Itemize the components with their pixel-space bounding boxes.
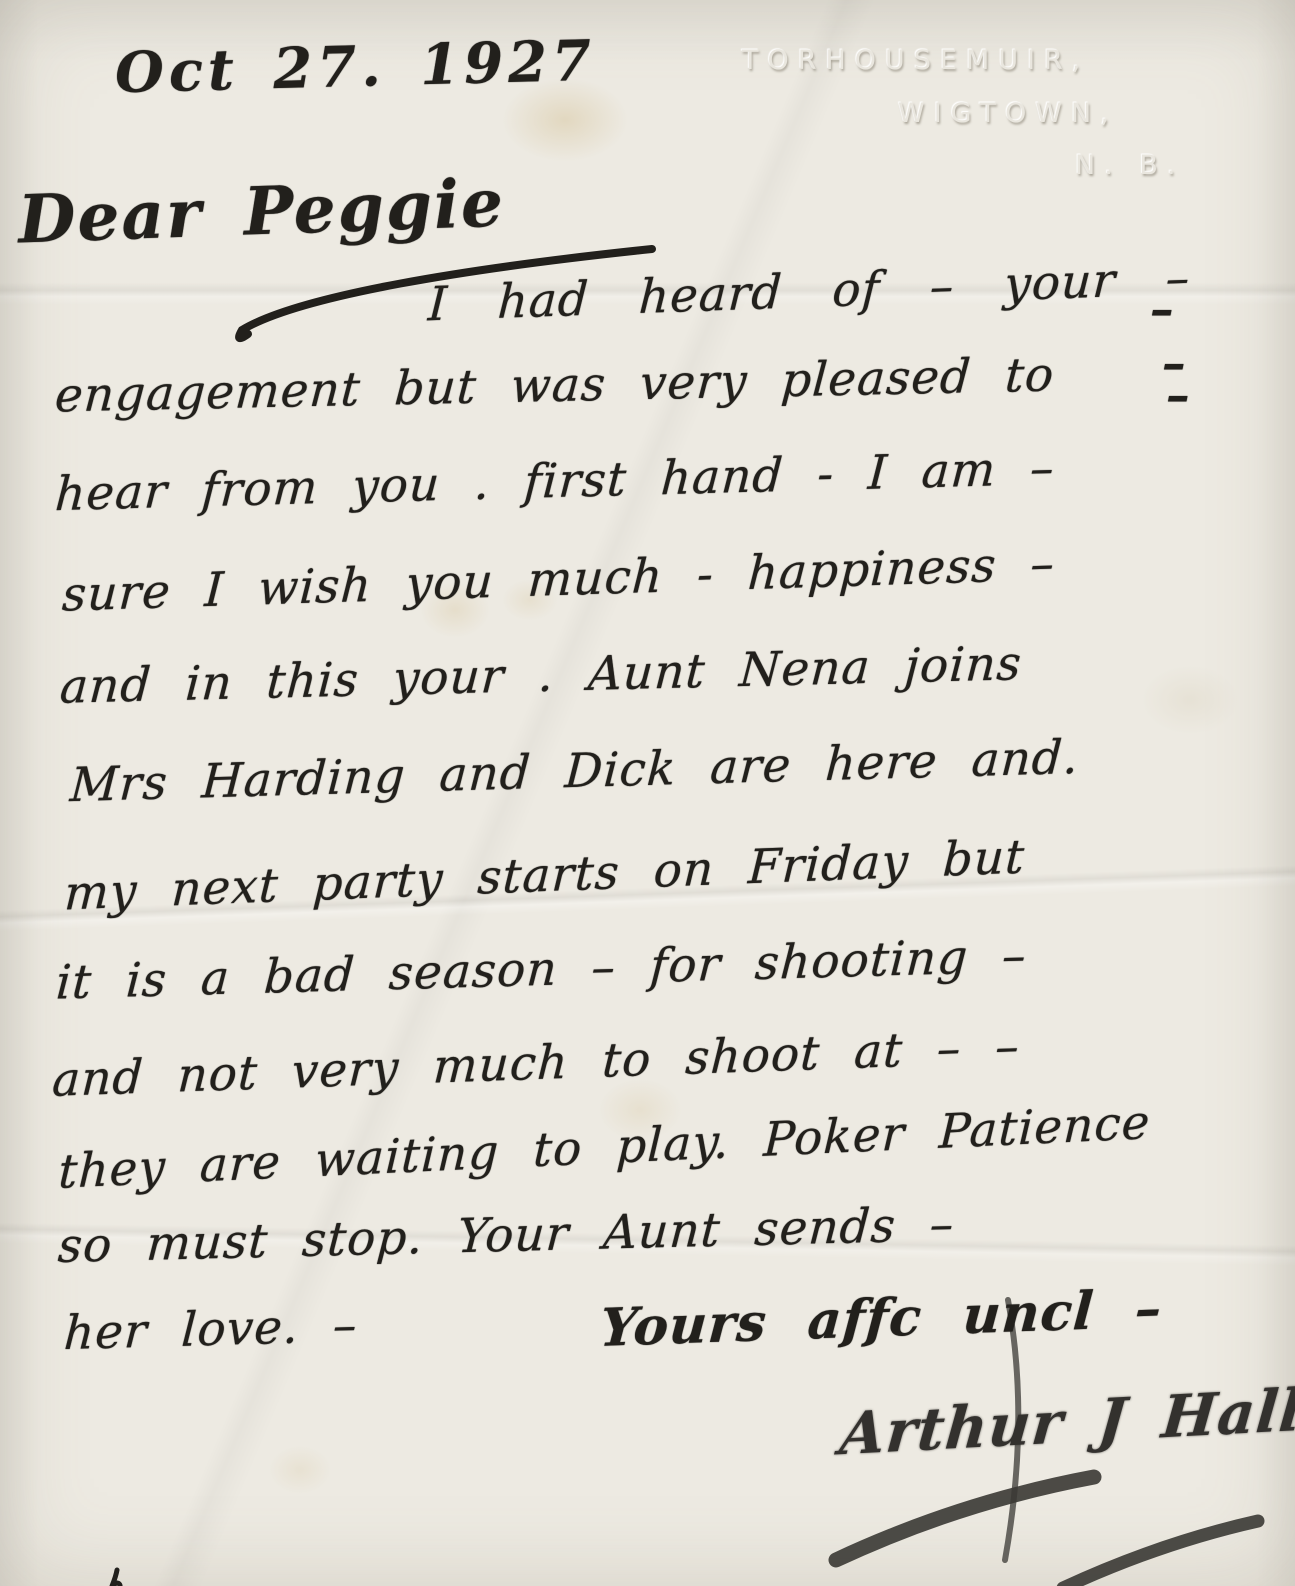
body-line: and not very much to shoot at – – — [51, 1023, 1021, 1104]
ink-dot — [112, 1570, 120, 1586]
margin-dash: – — [1150, 282, 1175, 337]
letter-date: Oct 27. 1927 — [114, 28, 597, 107]
signature-flourish-left — [836, 1477, 1094, 1560]
body-line: sure I wish you much - happiness – — [61, 540, 1056, 618]
body-line: and in this your . Aunt Nena joins — [59, 640, 1024, 711]
body-line: Mrs Harding and Dick are here and. — [69, 734, 1081, 809]
body-line: hear from you . first hand - I am – — [54, 445, 1056, 518]
body-line: so must stop. Your Aunt sends – — [57, 1201, 956, 1270]
letterhead-line-house: TORHOUSEMUIR, — [742, 45, 1089, 76]
signature-flourish-right — [1063, 1521, 1258, 1586]
body-line: my next party starts on Friday but — [63, 833, 1026, 917]
letter-page: Oct 27. 1927 TORHOUSEMUIR, WIGTOWN, N. B… — [0, 0, 1295, 1586]
letterhead-line-town: WIGTOWN, — [898, 98, 1118, 129]
body-line: engagement but was very pleased to — [54, 351, 1056, 419]
letterhead-line-region: N. B. — [1075, 150, 1184, 181]
body-line: it is a bad season – for shooting – — [55, 932, 1028, 1006]
salutation: Dear Peggie — [17, 164, 506, 259]
body-line: her love. – — [63, 1302, 359, 1357]
margin-dash: – — [1166, 368, 1191, 423]
body-line: they are waiting to play. Poker Patience — [58, 1099, 1152, 1196]
body-line: I had heard of – your – — [427, 255, 1192, 329]
closing: Yours affc uncl – — [598, 1278, 1164, 1359]
signature: Arthur J Hall — [837, 1376, 1295, 1469]
